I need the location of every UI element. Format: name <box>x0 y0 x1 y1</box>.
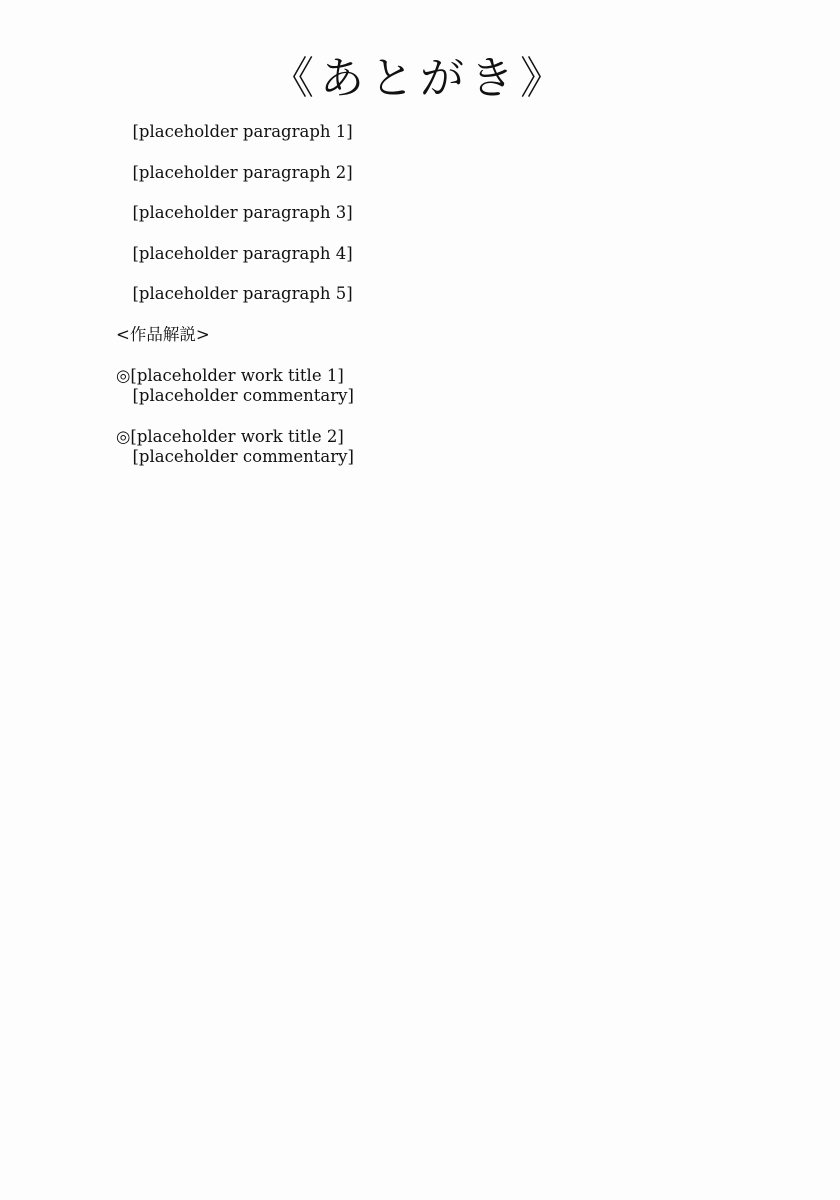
paragraph: [placeholder paragraph 4] <box>116 244 726 265</box>
section-header: <作品解説> <box>116 325 726 346</box>
paragraph: [placeholder paragraph 5] <box>116 284 726 305</box>
page-title: 《あとがき》 <box>0 42 840 106</box>
subsection-heading: ◎[placeholder work title 1] <box>116 366 726 387</box>
paragraph: [placeholder paragraph 2] <box>116 163 726 184</box>
subsection-text: [placeholder commentary] <box>116 447 726 468</box>
paragraph: [placeholder paragraph 1] <box>116 122 726 143</box>
afterword-body: [placeholder paragraph 1] [placeholder p… <box>116 122 726 488</box>
paragraph: [placeholder paragraph 3] <box>116 203 726 224</box>
subsection-text: [placeholder commentary] <box>116 386 726 407</box>
subsection-heading: ◎[placeholder work title 2] <box>116 427 726 448</box>
